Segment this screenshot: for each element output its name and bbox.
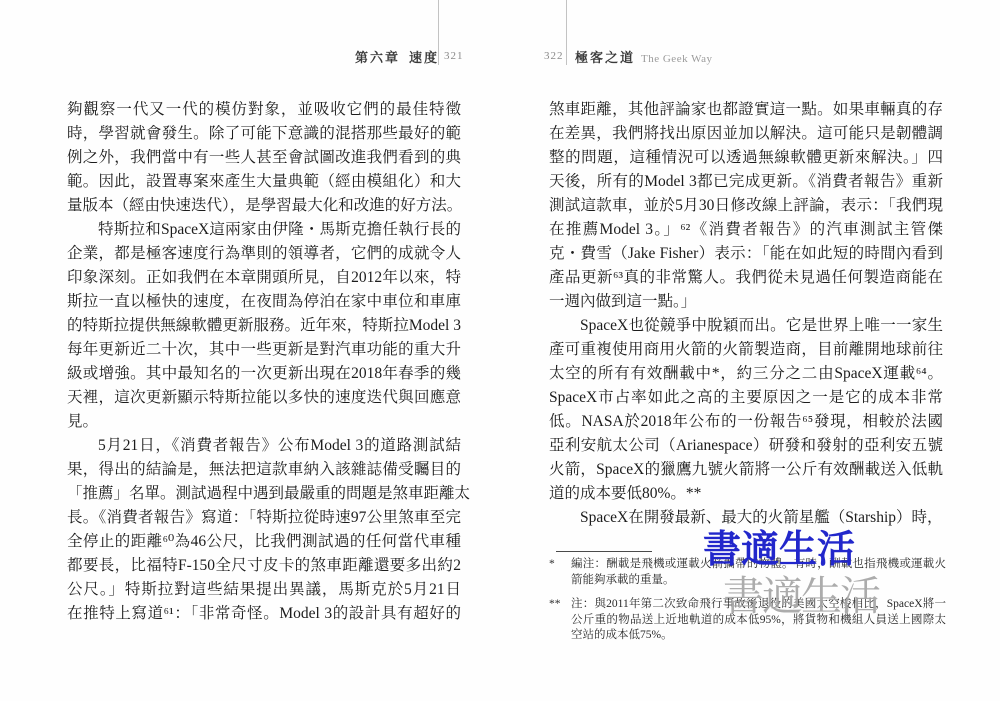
text-line: 5月21日，《消費者報告》公布Model 3的道路測試結 bbox=[67, 434, 461, 458]
text-line: 時，學習就會發生。除了可能下意識的混搭那些最好的範 bbox=[67, 122, 461, 146]
text-line: 企業，都是極客速度行為準則的領導者，它們的成就令人 bbox=[67, 242, 461, 266]
text-line: 的特斯拉提供無線軟體更新服務。近年來，特斯拉Model 3 bbox=[67, 314, 461, 338]
text-line: 道的成本要低80%。** bbox=[549, 482, 943, 506]
running-header-right: 極客之道The Geek Way bbox=[575, 47, 713, 66]
text-line: 長。《消費者報告》寫道：「特斯拉從時速97公里煞車至完 bbox=[67, 506, 461, 530]
text-line: 整的問題，這種情況可以透過無線軟體更新來解決。」四 bbox=[549, 146, 943, 170]
text-line: 克・費雪（Jake Fisher）表示：「能在如此短的時間內看到 bbox=[549, 242, 943, 266]
text-line: 「推薦」名單。測試過程中遇到最嚴重的問題是煞車距離太 bbox=[67, 482, 461, 506]
text-line: 全停止的距離⁶⁰為46公尺，比我們測試過的任何當代車種 bbox=[67, 530, 461, 554]
text-line: 例之外，我們當中有一些人甚至會試圖改進我們看到的典 bbox=[67, 146, 461, 170]
text-line: 天裡，這次更新顯示特斯拉能以多快的速度迭代與回應意 bbox=[67, 386, 461, 410]
book-title-english: The Geek Way bbox=[641, 53, 713, 65]
text-line: 一週內做到這一點。」 bbox=[549, 290, 943, 314]
text-line: 在推特上寫道⁶¹：「非常奇怪。Model 3的設計具有超好的 bbox=[67, 602, 461, 626]
watermark-secondary: 書適生活 bbox=[723, 563, 879, 622]
text-line: 產品更新⁶³真的非常驚人。我們從未見過任何製造商能在 bbox=[549, 266, 943, 290]
text-line: 太空的所有有效酬載中*，約三分之二由SpaceX運載⁶⁴。 bbox=[549, 362, 943, 386]
text-line: 在差異，我們將找出原因並加以解決。這可能只是韌體調 bbox=[549, 122, 943, 146]
text-line: 果，得出的結論是，無法把這款車納入該雜誌備受矚目的 bbox=[67, 458, 461, 482]
text-line: 量版本（經由快速迭代），是學習最大化和改進的好方法。 bbox=[67, 194, 461, 218]
chapter-label: 第六章 bbox=[355, 50, 400, 65]
text-line: 天後，所有的Model 3都已完成更新。《消費者報告》重新 bbox=[549, 170, 943, 194]
right-page-text-column: 煞車距離，其他評論家也都證實這一點。如果車輛真的存 在差異，我們將找出原因並加以… bbox=[549, 98, 943, 530]
text-line: 夠觀察一代又一代的模仿對象，並吸收它們的最佳特徵 bbox=[67, 98, 461, 122]
text-line: 範。因此，設置專案來產生大量典範（經由模組化）和大 bbox=[67, 170, 461, 194]
footnote-marker: ** bbox=[549, 597, 571, 644]
text-line: SpaceX也從競爭中脫穎而出。它是世界上唯一一家生 bbox=[549, 314, 943, 338]
footnote-separator bbox=[556, 551, 652, 552]
text-line: 煞車距離，其他評論家也都證實這一點。如果車輛真的存 bbox=[549, 98, 943, 122]
text-line: 印象深刻。正如我們在本章開頭所見，自2012年以來，特 bbox=[67, 266, 461, 290]
text-line: 測試這款車，並於5月30日修改線上評論，表示：「我們現 bbox=[549, 194, 943, 218]
book-spread: 第六章速度 321 322 極客之道The Geek Way 夠觀察一代又一代的… bbox=[0, 0, 1000, 701]
header-divider-right bbox=[566, 0, 567, 65]
text-line: 斯拉一直以極快的速度，在夜間為停泊在家中車位和車庫 bbox=[67, 290, 461, 314]
text-line: SpaceX市占率如此之高的主要原因之一是它的成本非常 bbox=[549, 386, 943, 410]
text-line: 產可重複使用商用火箭的火箭製造商，目前離開地球前往 bbox=[549, 338, 943, 362]
text-line: 見。 bbox=[67, 410, 461, 434]
text-line: 級或增強。其中最知名的一次更新出現在2018年春季的幾 bbox=[67, 362, 461, 386]
text-line: 每年更新近二十次，其中一些更新是對汽車功能的重大升 bbox=[67, 338, 461, 362]
book-title: 極客之道 bbox=[575, 50, 635, 65]
section-label: 速度 bbox=[409, 50, 439, 65]
left-page-text-column: 夠觀察一代又一代的模仿對象，並吸收它們的最佳特徵 時，學習就會發生。除了可能下意… bbox=[67, 98, 461, 626]
text-line: 火箭，SpaceX的獵鷹九號火箭將一公斤有效酬載送入低軌 bbox=[549, 458, 943, 482]
running-header-left: 第六章速度 bbox=[355, 47, 439, 66]
footnote-marker: * bbox=[549, 557, 571, 588]
page-number-right: 322 bbox=[544, 50, 564, 62]
text-line: 在推薦Model 3。」⁶²《消費者報告》的汽車測試主管傑 bbox=[549, 218, 943, 242]
text-line: 公尺。」特斯拉對這些結果提出異議，馬斯克於5月21日 bbox=[67, 578, 461, 602]
text-line: 特斯拉和SpaceX這兩家由伊隆・馬斯克擔任執行長的 bbox=[67, 218, 461, 242]
text-line: 都要長，比福特F-150全尺寸皮卡的煞車距離還要多出約2 bbox=[67, 554, 461, 578]
text-line: 亞利安航太公司（Arianespace）研發和發射的亞利安五號 bbox=[549, 434, 943, 458]
text-line: 低。NASA於2018年公布的一份報告⁶⁵發現，相較於法國 bbox=[549, 410, 943, 434]
page-number-left: 321 bbox=[444, 50, 464, 62]
